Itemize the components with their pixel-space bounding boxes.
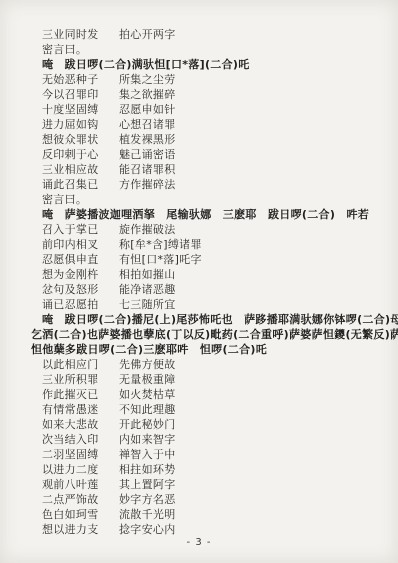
verse-phrase-right: 不知此理趣	[119, 403, 176, 416]
verse-line: 二羽坚固缚禅智入于中	[31, 447, 391, 462]
verse-line: 三业同时发拍心开两字	[31, 27, 391, 42]
verse-line: 无始恶种子所集之尘劳	[31, 72, 391, 87]
verse-phrase-left: 诵已忍愿拍	[42, 297, 119, 312]
verse-phrase-left: 召入于掌已	[42, 222, 119, 237]
mantra-line: 唵 跋日啰(二合)满驮怛[口*落](二合)吒	[31, 57, 391, 72]
mantra-continuation-line: 怛他蘖多跋日啰(二合)三麽耶吽 怛啰(二合)吒	[31, 342, 391, 357]
verse-phrase-left: 三业同时发	[42, 27, 119, 42]
verse-phrase-right: 捻字安心内	[119, 523, 176, 536]
verse-line: 想以进力支捻字安心内	[31, 522, 391, 537]
verse-phrase-left: 色白如珂雪	[42, 507, 119, 522]
verse-phrase-left: 反印剌于心	[42, 147, 119, 162]
verse-phrase-left: 以进力二度	[42, 462, 119, 477]
verse-phrase-right: 魅己诵密语	[119, 148, 176, 161]
verse-phrase-left: 忿句及怒形	[42, 282, 119, 297]
verse-phrase-right: 集之欲摧碎	[119, 88, 176, 101]
verse-phrase-left: 如来大悲故	[42, 417, 119, 432]
verse-line: 二点严饰故妙字方名恶	[31, 492, 391, 507]
verse-phrase-right: 拍心开两字	[119, 28, 176, 41]
verse-phrase-right: 其上置阿字	[119, 478, 176, 491]
verse-phrase-right: 流散千光明	[119, 508, 176, 521]
verse-line: 忿句及怒形能净诸恶趣	[31, 282, 391, 297]
verse-line: 观前八叶莲其上置阿字	[31, 477, 391, 492]
verse-phrase-right: 内如来智字	[119, 433, 176, 446]
verse-phrase-right: 能净诸恶趣	[119, 283, 176, 296]
verse-phrase-left: 忍愿俱申直	[42, 252, 119, 267]
verse-line: 忍愿俱申直有怛[口*落]吒字	[31, 252, 391, 267]
verse-line: 以此相应门先佛方便故	[31, 357, 391, 372]
verse-phrase-right: 所集之尘劳	[119, 73, 176, 86]
verse-phrase-right: 相拍如摧山	[119, 268, 176, 281]
verse-phrase-left: 想彼众罪状	[42, 132, 119, 147]
mantra-continuation-line: 乞洒(二合)也萨婆播也孽底(丁以反)毗药(二合重呼)萨婆萨怛鑁(无繁反)萨婆	[31, 327, 391, 342]
verse-line: 诵此召集已方作摧碎法	[31, 177, 391, 192]
mantra-line: 唵 跋日啰(二合)播尼(上)尾莎怖吒也 萨跢播耶满驮娜你钵啰(二合)母	[31, 312, 391, 327]
verse-phrase-right: 方作摧碎法	[119, 178, 176, 191]
verse-phrase-right: 旋作摧破法	[119, 223, 176, 236]
verse-phrase-right: 妙字方名恶	[119, 493, 176, 506]
verse-phrase-right: 相拄如环势	[119, 463, 176, 476]
verse-line: 今以召罪印集之欲摧碎	[31, 87, 391, 102]
verse-phrase-left: 以此相应门	[42, 357, 119, 372]
verse-line: 三业相应故能召诸罪积	[31, 162, 391, 177]
verse-phrase-right: 先佛方便故	[119, 358, 176, 371]
mantra-intro-line: 密言曰。	[31, 192, 391, 207]
verse-phrase-right: 开此秘妙门	[119, 418, 176, 431]
verse-phrase-right: 禅智入于中	[119, 448, 176, 461]
mantra-line: 唵 萨婆播波迦哩洒拏 尾输驮娜 三麽耶 跋日啰(二合) 吽若	[31, 207, 391, 222]
verse-phrase-right: 如火焚枯草	[119, 388, 176, 401]
verse-phrase-left: 无始恶种子	[42, 72, 119, 87]
verse-phrase-left: 进力屈如钩	[42, 117, 119, 132]
verse-phrase-left: 三业相应故	[42, 162, 119, 177]
verse-phrase-left: 有情常愚迷	[42, 402, 119, 417]
verse-line: 有情常愚迷不知此理趣	[31, 402, 391, 417]
verse-line: 以进力二度相拄如环势	[31, 462, 391, 477]
verse-line: 进力屈如钩心想召诸罪	[31, 117, 391, 132]
verse-phrase-left: 作此摧灭已	[42, 387, 119, 402]
verse-line: 反印剌于心魅己诵密语	[31, 147, 391, 162]
verse-line: 如来大悲故开此秘妙门	[31, 417, 391, 432]
verse-line: 前印内相叉称[牟*含]缚诸罪	[31, 237, 391, 252]
verse-line: 诵已忍愿拍七三随所宜	[31, 297, 391, 312]
verse-phrase-right: 忍愿申如针	[119, 103, 176, 116]
verse-phrase-left: 想以进力支	[42, 522, 119, 537]
scanned-sutra-page: 三业同时发拍心开两字密言曰。唵 跋日啰(二合)满驮怛[口*落](二合)吒无始恶种…	[0, 0, 398, 563]
verse-line: 十度坚固缚忍愿申如针	[31, 102, 391, 117]
verse-phrase-left: 二点严饰故	[42, 492, 119, 507]
verse-phrase-left: 今以召罪印	[42, 87, 119, 102]
verse-phrase-left: 前印内相叉	[42, 237, 119, 252]
verse-phrase-left: 观前八叶莲	[42, 477, 119, 492]
verse-line: 想为金刚杵相拍如摧山	[31, 267, 391, 282]
verse-line: 色白如珂雪流散千光明	[31, 507, 391, 522]
verse-phrase-right: 心想召诸罪	[119, 118, 176, 131]
mantra-intro-line: 密言曰。	[31, 42, 391, 57]
verse-phrase-right: 称[牟*含]缚诸罪	[119, 238, 202, 251]
verse-line: 召入于掌已旋作摧破法	[31, 222, 391, 237]
page-number: - 3 -	[0, 537, 398, 548]
verse-line: 想彼众罪状植发裸黑形	[31, 132, 391, 147]
verse-phrase-right: 能召诸罪积	[119, 163, 176, 176]
verse-phrase-left: 想为金刚杵	[42, 267, 119, 282]
verse-line: 三业所积罪无量极重障	[31, 372, 391, 387]
verse-phrase-right: 植发裸黑形	[119, 133, 176, 146]
verse-phrase-left: 诵此召集已	[42, 177, 119, 192]
verse-line: 作此摧灭已如火焚枯草	[31, 387, 391, 402]
verse-phrase-right: 无量极重障	[119, 373, 176, 386]
verse-phrase-left: 十度坚固缚	[42, 102, 119, 117]
sutra-text-block: 三业同时发拍心开两字密言曰。唵 跋日啰(二合)满驮怛[口*落](二合)吒无始恶种…	[31, 27, 391, 537]
verse-phrase-right: 七三随所宜	[119, 298, 176, 311]
verse-phrase-left: 次当结入印	[42, 432, 119, 447]
verse-line: 次当结入印内如来智字	[31, 432, 391, 447]
verse-phrase-left: 二羽坚固缚	[42, 447, 119, 462]
verse-phrase-right: 有怛[口*落]吒字	[119, 253, 202, 266]
verse-phrase-left: 三业所积罪	[42, 372, 119, 387]
